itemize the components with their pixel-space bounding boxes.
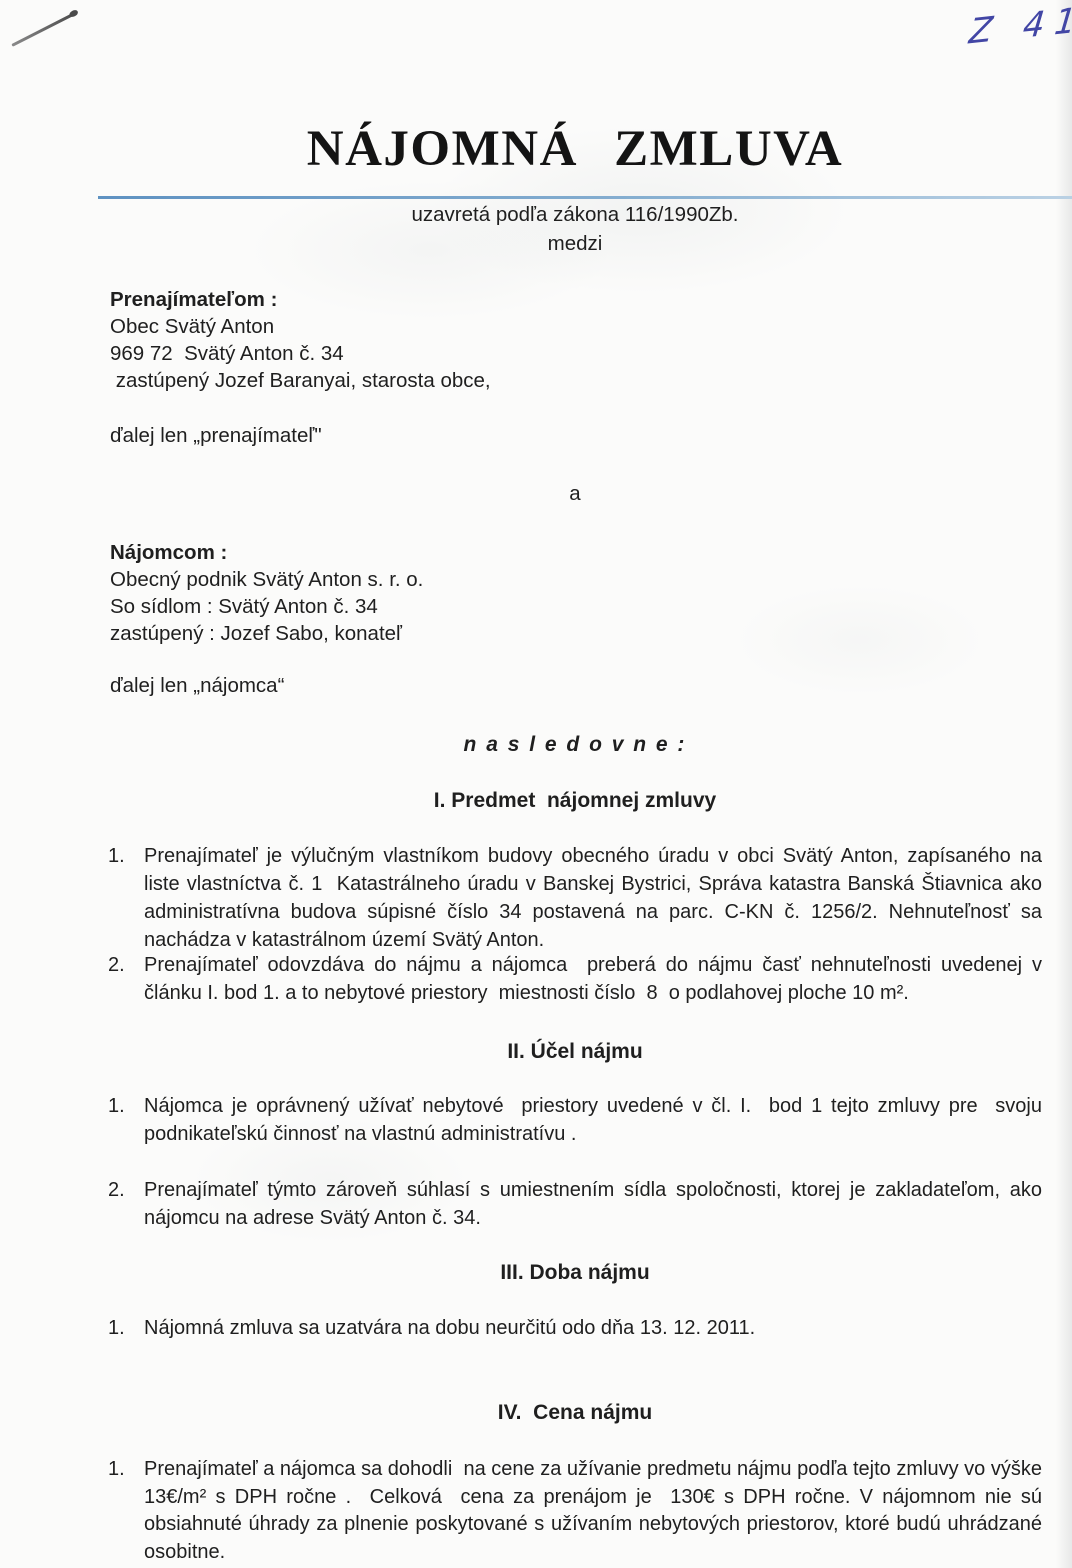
section-4-item-1: 1. Prenajímateľ a nájomca sa dohodli na … [108, 1456, 1042, 1566]
tenant-representative: zastúpený : Jozef Sabo, konateľ [110, 620, 950, 647]
landlord-label: Prenajímateľom : [110, 286, 950, 313]
header-divider-line [98, 196, 1072, 199]
conjunction-a: a [108, 482, 1042, 506]
section-2-heading: II. Účel nájmu [108, 1040, 1042, 1064]
section-2-item-1: 1. Nájomca je oprávnený užívať nebytové … [108, 1092, 1042, 1148]
item-text: Nájomná zmluva sa uzatvára na dobu neurč… [144, 1314, 1042, 1342]
landlord-name: Obec Svätý Anton [110, 313, 950, 340]
section-1-item-1: 1. Prenajímateľ je výlučným vlastníkom b… [108, 842, 1042, 954]
item-text: Prenajímateľ a nájomca sa dohodli na cen… [144, 1456, 1042, 1566]
item-text: Nájomca je oprávnený užívať nebytové pri… [144, 1092, 1042, 1148]
landlord-alias: ďalej len „prenajímateľ" [110, 424, 322, 448]
between-word: medzi [108, 232, 1042, 256]
tenant-alias: ďalej len „nájomca“ [110, 674, 284, 698]
follows-word: n a s l e d o v n e : [108, 733, 1042, 757]
handwritten-note: Z 41 [967, 0, 1072, 52]
section-4-heading: IV. Cena nájmu [108, 1401, 1042, 1425]
item-text: Prenajímateľ týmto zároveň súhlasí s umi… [144, 1176, 1042, 1232]
section-1-item-2: 2. Prenajímateľ odovzdáva do nájmu a náj… [108, 951, 1042, 1007]
tenant-label: Nájomcom : [110, 539, 950, 566]
tenant-name: Obecný podnik Svätý Anton s. r. o. [110, 566, 950, 593]
item-number: 1. [108, 842, 144, 954]
landlord-representative: zastúpený Jozef Baranyai, starosta obce, [110, 367, 950, 394]
item-number: 1. [108, 1092, 144, 1148]
item-number: 1. [108, 1456, 144, 1566]
item-number: 2. [108, 1176, 144, 1232]
item-number: 1. [108, 1314, 144, 1342]
section-2-item-2: 2. Prenajímateľ týmto zároveň súhlasí s … [108, 1176, 1042, 1232]
section-3-item-1: 1. Nájomná zmluva sa uzatvára na dobu ne… [108, 1314, 1042, 1342]
item-number: 2. [108, 951, 144, 1007]
landlord-address: 969 72 Svätý Anton č. 34 [110, 340, 950, 367]
item-text: Prenajímateľ odovzdáva do nájmu a nájomc… [144, 951, 1042, 1007]
scanned-contract-page: Z 41 NÁJOMNÁ ZMLUVA uzavretá podľa zákon… [0, 0, 1072, 1568]
section-1-heading: I. Predmet nájomnej zmluvy [108, 789, 1042, 813]
tenant-block: Nájomcom : Obecný podnik Svätý Anton s. … [110, 539, 950, 647]
document-title: NÁJOMNÁ ZMLUVA [108, 120, 1042, 178]
pen-mark-scribble [11, 11, 77, 46]
document-subtitle: uzavretá podľa zákona 116/1990Zb. [108, 203, 1042, 227]
landlord-block: Prenajímateľom : Obec Svätý Anton 969 72… [110, 286, 950, 394]
section-3-heading: III. Doba nájmu [108, 1261, 1042, 1285]
tenant-address: So sídlom : Svätý Anton č. 34 [110, 593, 950, 620]
item-text: Prenajímateľ je výlučným vlastníkom budo… [144, 842, 1042, 954]
